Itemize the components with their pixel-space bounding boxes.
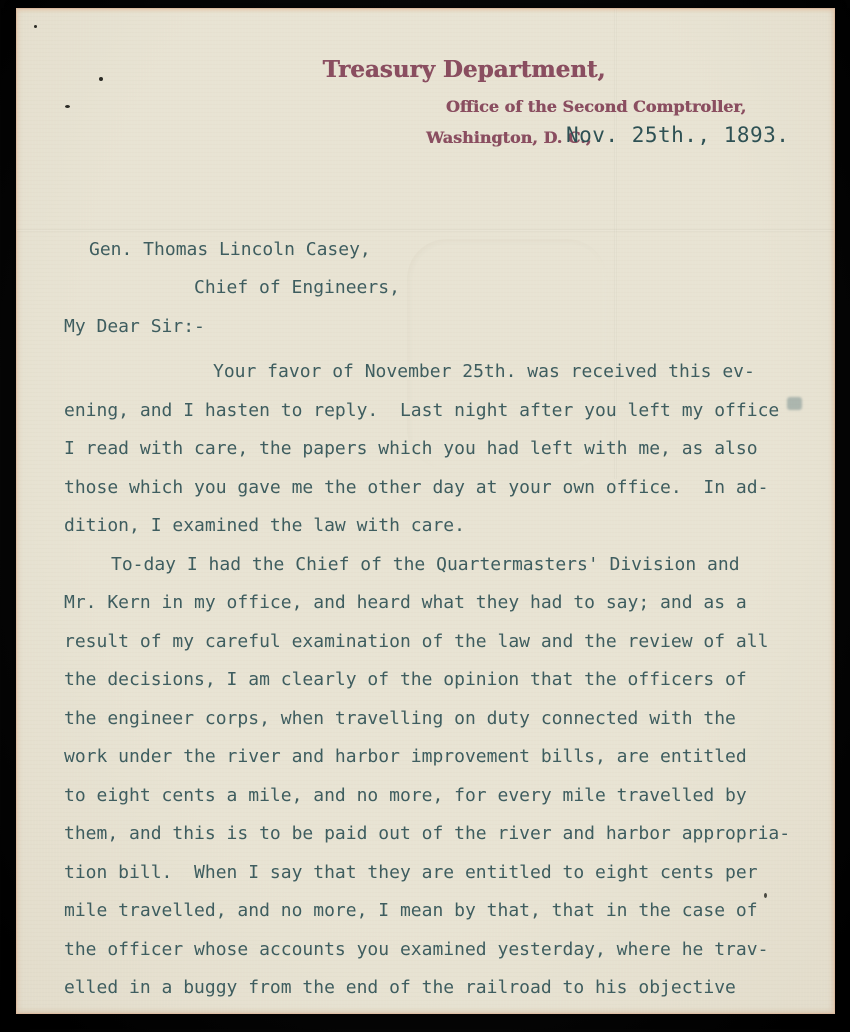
body-line: the officer whose accounts you examined …: [64, 931, 809, 970]
ink-speck: [99, 77, 103, 81]
letter-paper: Treasury Department, Office of the Secon…: [16, 8, 835, 1014]
scan-background: { "page": { "background_color": "#060606…: [0, 0, 850, 1032]
recipient-title: Chief of Engineers,: [194, 277, 400, 298]
body-line: those which you gave me the other day at…: [64, 469, 809, 508]
ink-speck: [65, 105, 70, 108]
fold-crease-horizontal: [17, 229, 834, 232]
body-line: work under the river and harbor improvem…: [64, 738, 809, 777]
body-line: to eight cents a mile, and no more, for …: [64, 777, 809, 816]
ink-smudge: [787, 397, 802, 410]
body-line: I read with care, the papers which you h…: [64, 430, 809, 469]
recipient-name: Gen. Thomas Lincoln Casey,: [89, 239, 371, 260]
body-line: To-day I had the Chief of the Quartermas…: [64, 546, 809, 585]
body-line: the engineer corps, when travelling on d…: [64, 700, 809, 739]
body-line: ening, and I hasten to reply. Last night…: [64, 392, 809, 431]
body-line: the decisions, I am clearly of the opini…: [64, 661, 809, 700]
body-line: dition, I examined the law with care.: [64, 507, 809, 546]
letterhead-office: Office of the Second Comptroller,: [446, 97, 746, 116]
body-line: Your favor of November 25th. was receive…: [64, 353, 809, 392]
letterhead-date: Nov. 25th., 1893.: [566, 123, 789, 147]
ink-speck: [764, 893, 767, 898]
body-line: Mr. Kern in my office, and heard what th…: [64, 584, 809, 623]
letter-body: Your favor of November 25th. was receive…: [64, 353, 809, 1008]
letterhead-department: Treasury Department,: [323, 56, 606, 83]
body-line: them, and this is to be paid out of the …: [64, 815, 809, 854]
body-line: tion bill. When I say that they are enti…: [64, 854, 809, 893]
body-line: elled in a buggy from the end of the rai…: [64, 969, 809, 1008]
body-line: result of my careful examination of the …: [64, 623, 809, 662]
ink-speck: [34, 25, 37, 28]
salutation: My Dear Sir:-: [64, 316, 205, 337]
body-line: mile travelled, and no more, I mean by t…: [64, 892, 809, 931]
